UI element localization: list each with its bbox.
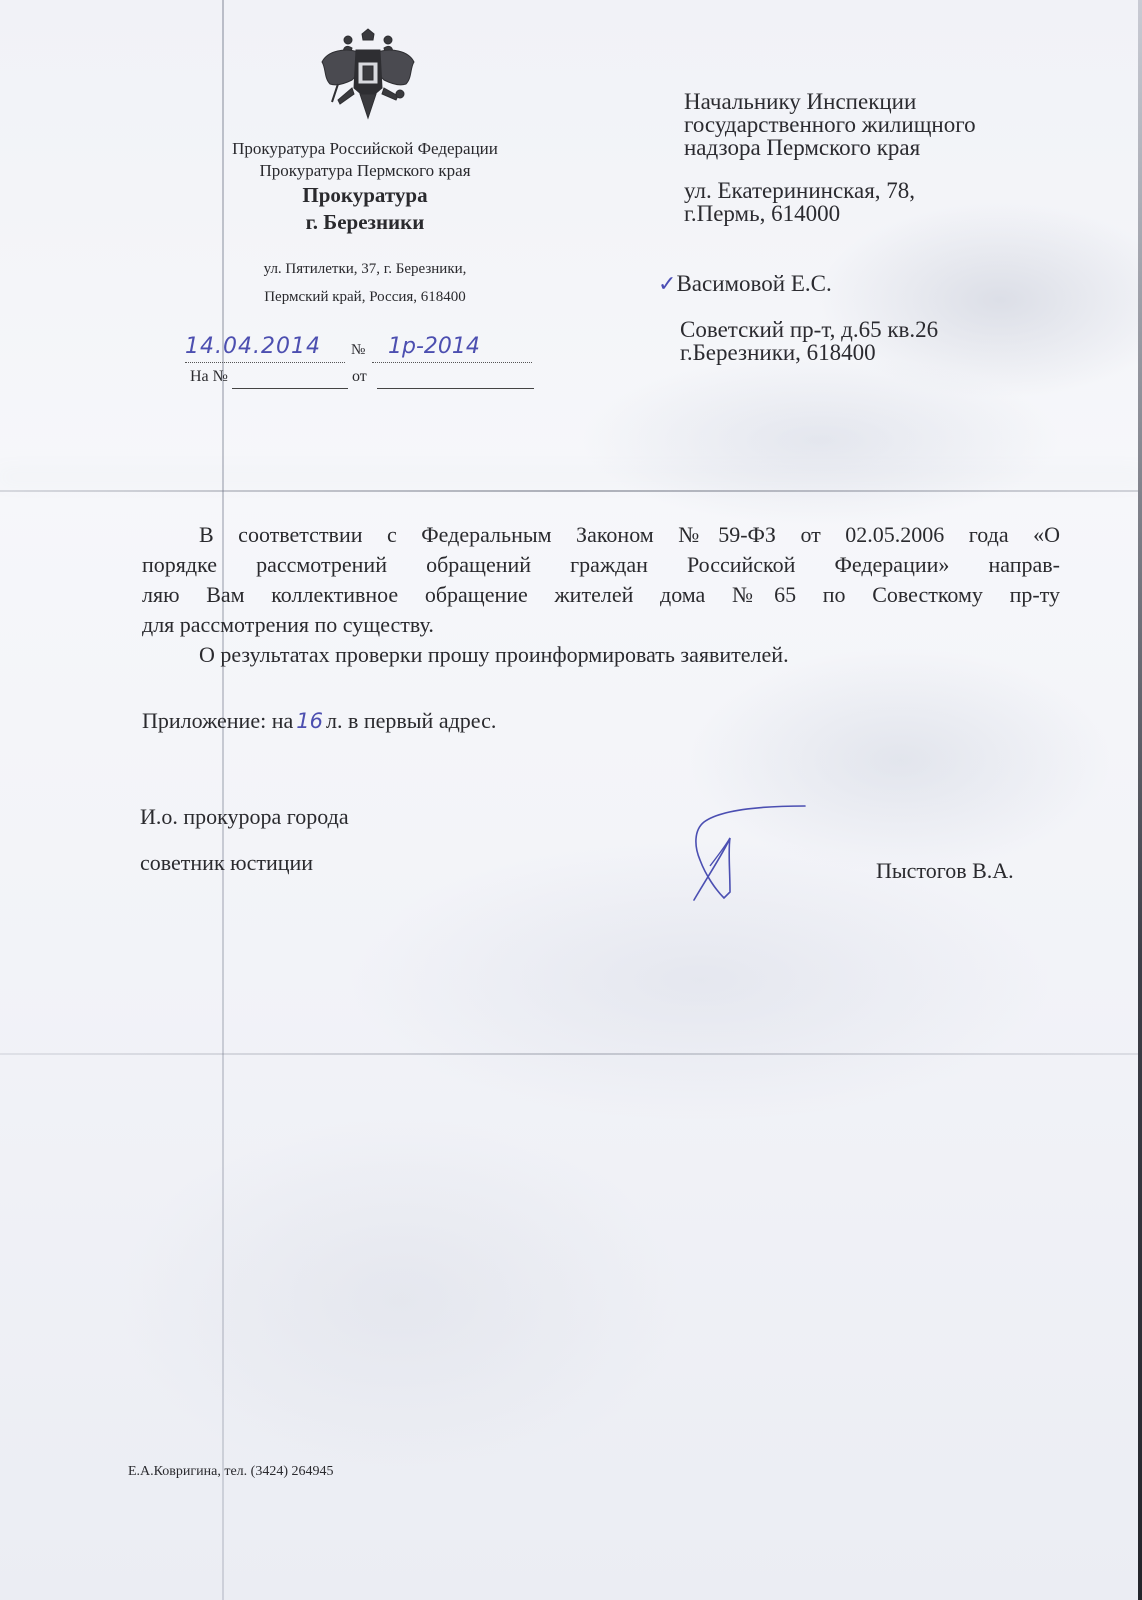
outgoing-date-handwritten: 14.04.2014 (185, 334, 321, 359)
reply-to-date-field (377, 370, 534, 389)
org-name-federal: Прокуратура Российской Федерации (180, 138, 550, 160)
attachment-line: Приложение: на16л. в первый адрес. (142, 706, 496, 736)
outgoing-number-handwritten: 1р-2014 (388, 334, 480, 359)
body-line-4: для рассмотрения по существу. (142, 610, 1060, 640)
attachment-prefix: Приложение: на (142, 708, 293, 733)
body-line-2: порядке рассмотрений обращений граждан Р… (142, 550, 1060, 580)
recipient-title-line1: Начальнику Инспекции (684, 90, 976, 113)
org-address-line1: ул. Пятилетки, 37, г. Березники, (180, 257, 550, 281)
vertical-fold-crease (222, 0, 224, 1600)
org-name-bold-line2: г. Березники (180, 209, 550, 236)
org-name-bold-line1: Прокуратура (180, 182, 550, 209)
primary-recipient: Начальнику Инспекции государственного жи… (684, 90, 976, 225)
signer-title-line1: И.о. прокурора города (140, 802, 349, 832)
recipient2-address-line2: г.Березники, 618400 (658, 341, 938, 364)
recipient-address-line1: ул. Екатерининская, 78, (684, 179, 976, 202)
signer-title-line2: советник юстиции (140, 848, 313, 878)
document-page (0, 0, 1142, 1600)
letterhead-block: Прокуратура Российской Федерации Прокура… (180, 138, 550, 236)
body-line-1: В соответствии с Федеральным Законом №59… (142, 520, 1060, 550)
outgoing-number-field: 1р-2014 (372, 332, 532, 363)
recipient-title-line2: государственного жилищного (684, 113, 976, 136)
check-mark-icon: ✓ (658, 272, 676, 297)
number-label: № (351, 342, 365, 359)
attachment-suffix: л. в первый адрес. (326, 708, 496, 733)
signer-name: Пыстогов В.А. (876, 856, 1014, 886)
coat-of-arms-icon (318, 28, 418, 120)
outgoing-date-field: 14.04.2014 (185, 332, 345, 363)
horizontal-fold-crease-lower (0, 1053, 1142, 1055)
reply-to-number-field (232, 370, 348, 389)
signature-icon (680, 800, 810, 905)
letter-body: В соответствии с Федеральным Законом №59… (142, 520, 1060, 670)
secondary-recipient: ✓Васимовой Е.С. Советский пр-т, д.65 кв.… (658, 272, 938, 364)
reply-to-label: На № (190, 368, 228, 386)
org-address-line2: Пермский край, Россия, 618400 (180, 285, 550, 309)
org-address: ул. Пятилетки, 37, г. Березники, Пермски… (180, 257, 550, 309)
body-line-3: ляю Вам коллективное обращение жителей д… (142, 580, 1060, 610)
attachment-pages-handwritten: 16 (293, 709, 326, 733)
recipient-name: Васимовой Е.С. (676, 271, 831, 296)
recipient2-address-line1: Советский пр-т, д.65 кв.26 (658, 318, 938, 341)
horizontal-fold-crease-upper (0, 490, 1142, 492)
body-paragraph-2: О результатах проверки прошу проинформир… (142, 640, 1060, 670)
paper-edge (1138, 0, 1142, 1600)
recipient-address-line2: г.Пермь, 614000 (684, 202, 976, 225)
recipient-title-line3: надзора Пермского края (684, 136, 976, 159)
org-name-regional: Прокуратура Пермского края (180, 160, 550, 182)
executor-contact: Е.А.Ковригина, тел. (3424) 264945 (128, 1464, 334, 1480)
from-label: от (352, 368, 367, 386)
